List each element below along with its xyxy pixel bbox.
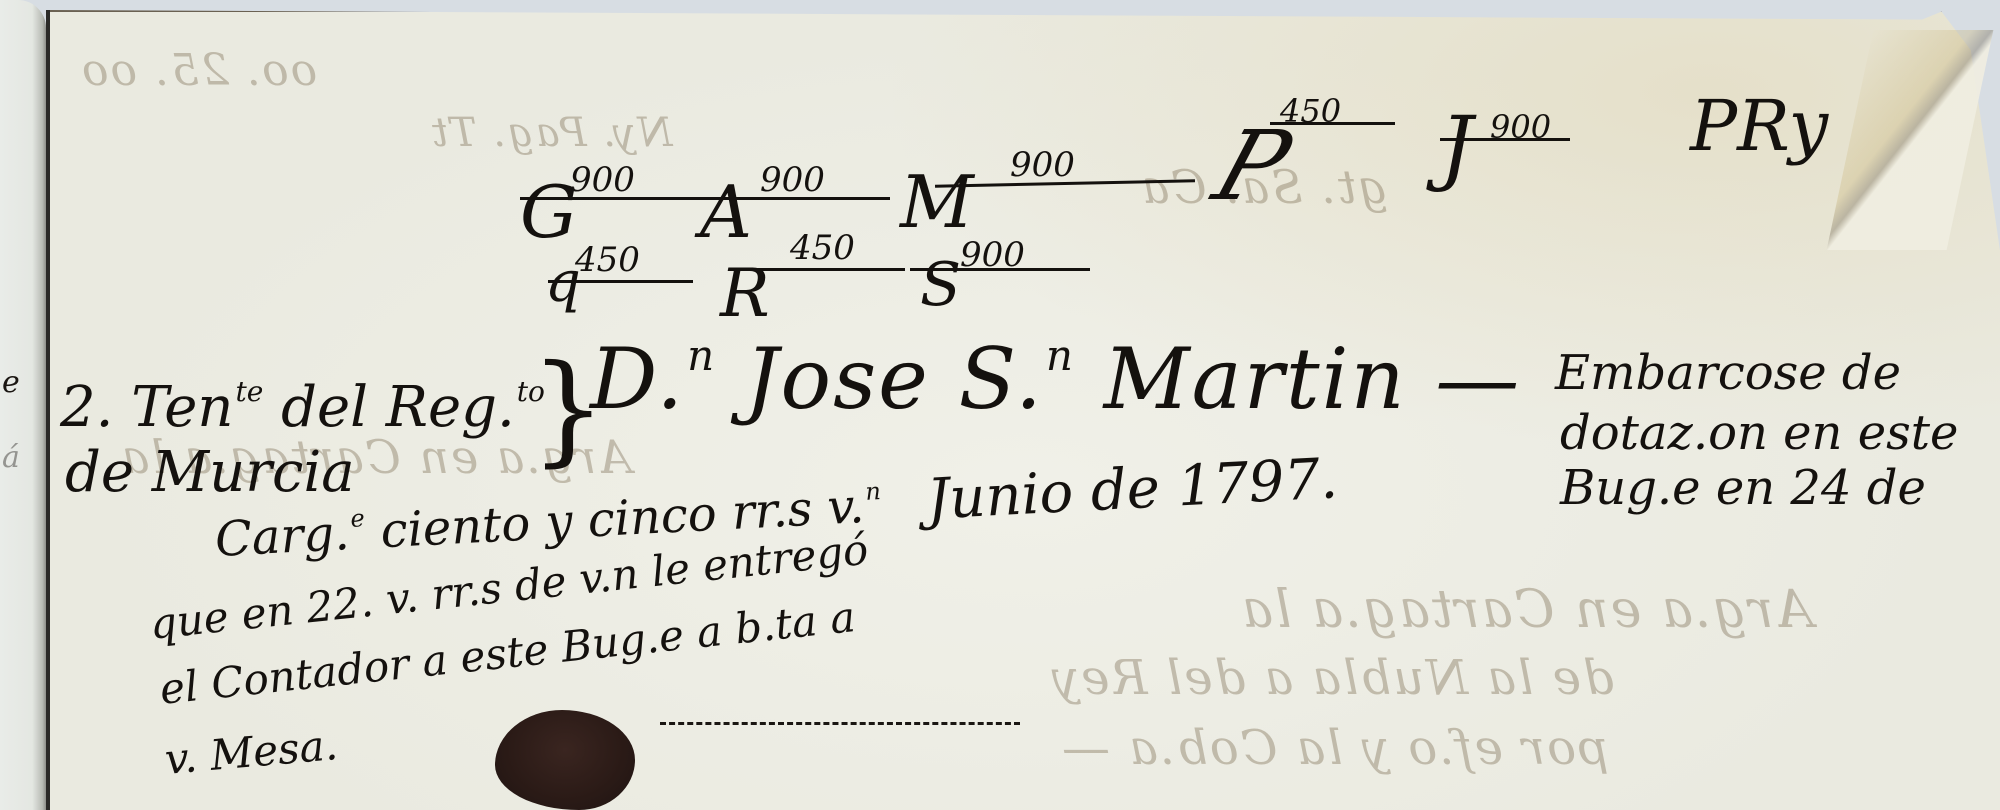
left-page-fragment: e [2, 365, 20, 400]
figure-value: 450 [790, 228, 855, 268]
figure-rule [690, 197, 890, 200]
adjacent-left-page: e á [0, 0, 46, 810]
figure-letter: M [900, 160, 974, 244]
rank-part: 2. [60, 375, 113, 440]
figure-value: 450 [575, 240, 640, 280]
body-part-sup: n [865, 478, 882, 507]
ink-blot [495, 710, 635, 810]
book-gutter [46, 10, 50, 810]
figure-rule [910, 268, 1090, 271]
body-part: Carg. [214, 505, 351, 568]
rank-part: del Reg. [281, 375, 515, 440]
name-part: Martin [1104, 330, 1407, 428]
body-part-sup: e [350, 505, 366, 534]
name-part: — [1435, 330, 1521, 428]
figure-letter: A [700, 170, 752, 254]
figure-rule [520, 197, 690, 200]
filler-dash-line [660, 722, 1020, 725]
page-mark: PRy [1690, 85, 1828, 167]
rank-line-1: 2. Tente del Reg.to [60, 375, 545, 440]
figure-letter: R [720, 255, 770, 332]
margin-note-line: dotaz.on en este [1560, 405, 1958, 461]
name-part: D. [590, 330, 685, 428]
figure-letter: J [1440, 100, 1473, 195]
bleed-through-text: de la Nubla a del Rey [1050, 650, 1614, 706]
figure-value: 900 [1010, 145, 1075, 185]
figure-rule [730, 268, 905, 271]
bleed-through-text: Arg.a en Cartag.a la [1240, 580, 1813, 640]
bleed-through-text: Ny. Pag. Tt [430, 110, 672, 156]
left-page-fragment: á [2, 440, 20, 475]
rank-part: Ten [131, 375, 233, 440]
figure-letter: G [520, 170, 578, 254]
figure-value: 900 [570, 160, 635, 200]
figure-rule [1440, 138, 1570, 141]
figure-value: 900 [760, 160, 825, 200]
margin-note-line: Embarcose de [1555, 345, 1901, 401]
name-part: Jose S. [745, 330, 1044, 428]
rank-part-sup: te [235, 375, 263, 408]
figure-rule [548, 280, 693, 283]
name-part-sup: n [1046, 331, 1075, 380]
person-name: D.n Jose S.n Martin — [590, 330, 1521, 428]
figure-letter: S [920, 250, 961, 320]
rank-line-2: de Murcia [65, 440, 355, 505]
bleed-through-text: oo. 25. oo [80, 45, 317, 96]
figure-rule [1270, 122, 1395, 125]
name-part-sup: n [687, 331, 716, 380]
bleed-through-text: por ef.o y la Cob.a — [1060, 720, 1609, 776]
margin-note-line: Bug.e en 24 de [1560, 460, 1926, 516]
